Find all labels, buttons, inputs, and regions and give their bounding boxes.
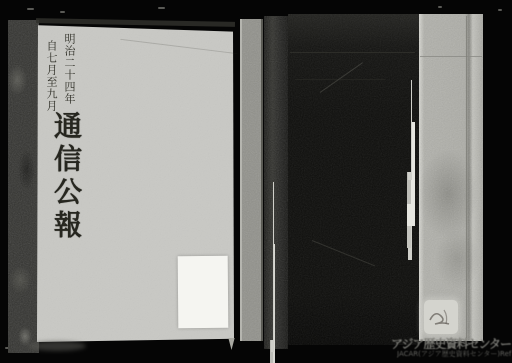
- spine-glint-specks: [270, 170, 273, 340]
- page-top-edge-shadow: [36, 18, 235, 27]
- handwriting-scribble: [424, 300, 458, 334]
- handwritten-mark-patch: [424, 300, 458, 334]
- bottom-smudge: [28, 341, 86, 351]
- fore-edge-strip: [419, 14, 483, 341]
- grain-texture: [264, 16, 288, 349]
- grain-texture: [419, 14, 483, 341]
- cover-edge-specks: [407, 72, 411, 172]
- grain-texture: [242, 19, 261, 341]
- scan-speck: [27, 8, 34, 10]
- archive-watermark-text: アジア歴史資料センター: [391, 335, 512, 349]
- page-block-gutter-strip: [240, 19, 263, 341]
- scan-speck: [438, 6, 442, 8]
- grain-texture: [8, 20, 39, 353]
- spine-shadow-strip: [264, 16, 288, 349]
- scan-speck: [158, 7, 165, 9]
- book-cover: [288, 14, 419, 345]
- cover-scratch: [295, 79, 385, 80]
- fore-edge-line-vertical: [466, 16, 467, 338]
- page-corner-tail: [227, 338, 236, 350]
- archive-watermark-reference: JACAR(アジア歴史資料センター)Ref: [397, 349, 512, 358]
- date-column-months: 自七月至九月: [43, 40, 59, 112]
- cover-edge-strip: [8, 20, 39, 353]
- blank-paste-label: [178, 256, 229, 328]
- fore-edge-line-horizontal: [420, 56, 482, 57]
- scan-speck: [60, 11, 65, 13]
- cover-scratch: [290, 52, 415, 53]
- grain-texture: [288, 14, 419, 345]
- date-column-meiji-year: 明治二十四年: [61, 33, 77, 105]
- scan-speck: [498, 9, 502, 11]
- scanned-book-photo: 明治二十四年 自七月至九月 通信公報 アジア歴史資料センター JACAR(アジア…: [0, 0, 512, 363]
- volume-title-calligraphy: 通信公報: [46, 111, 86, 243]
